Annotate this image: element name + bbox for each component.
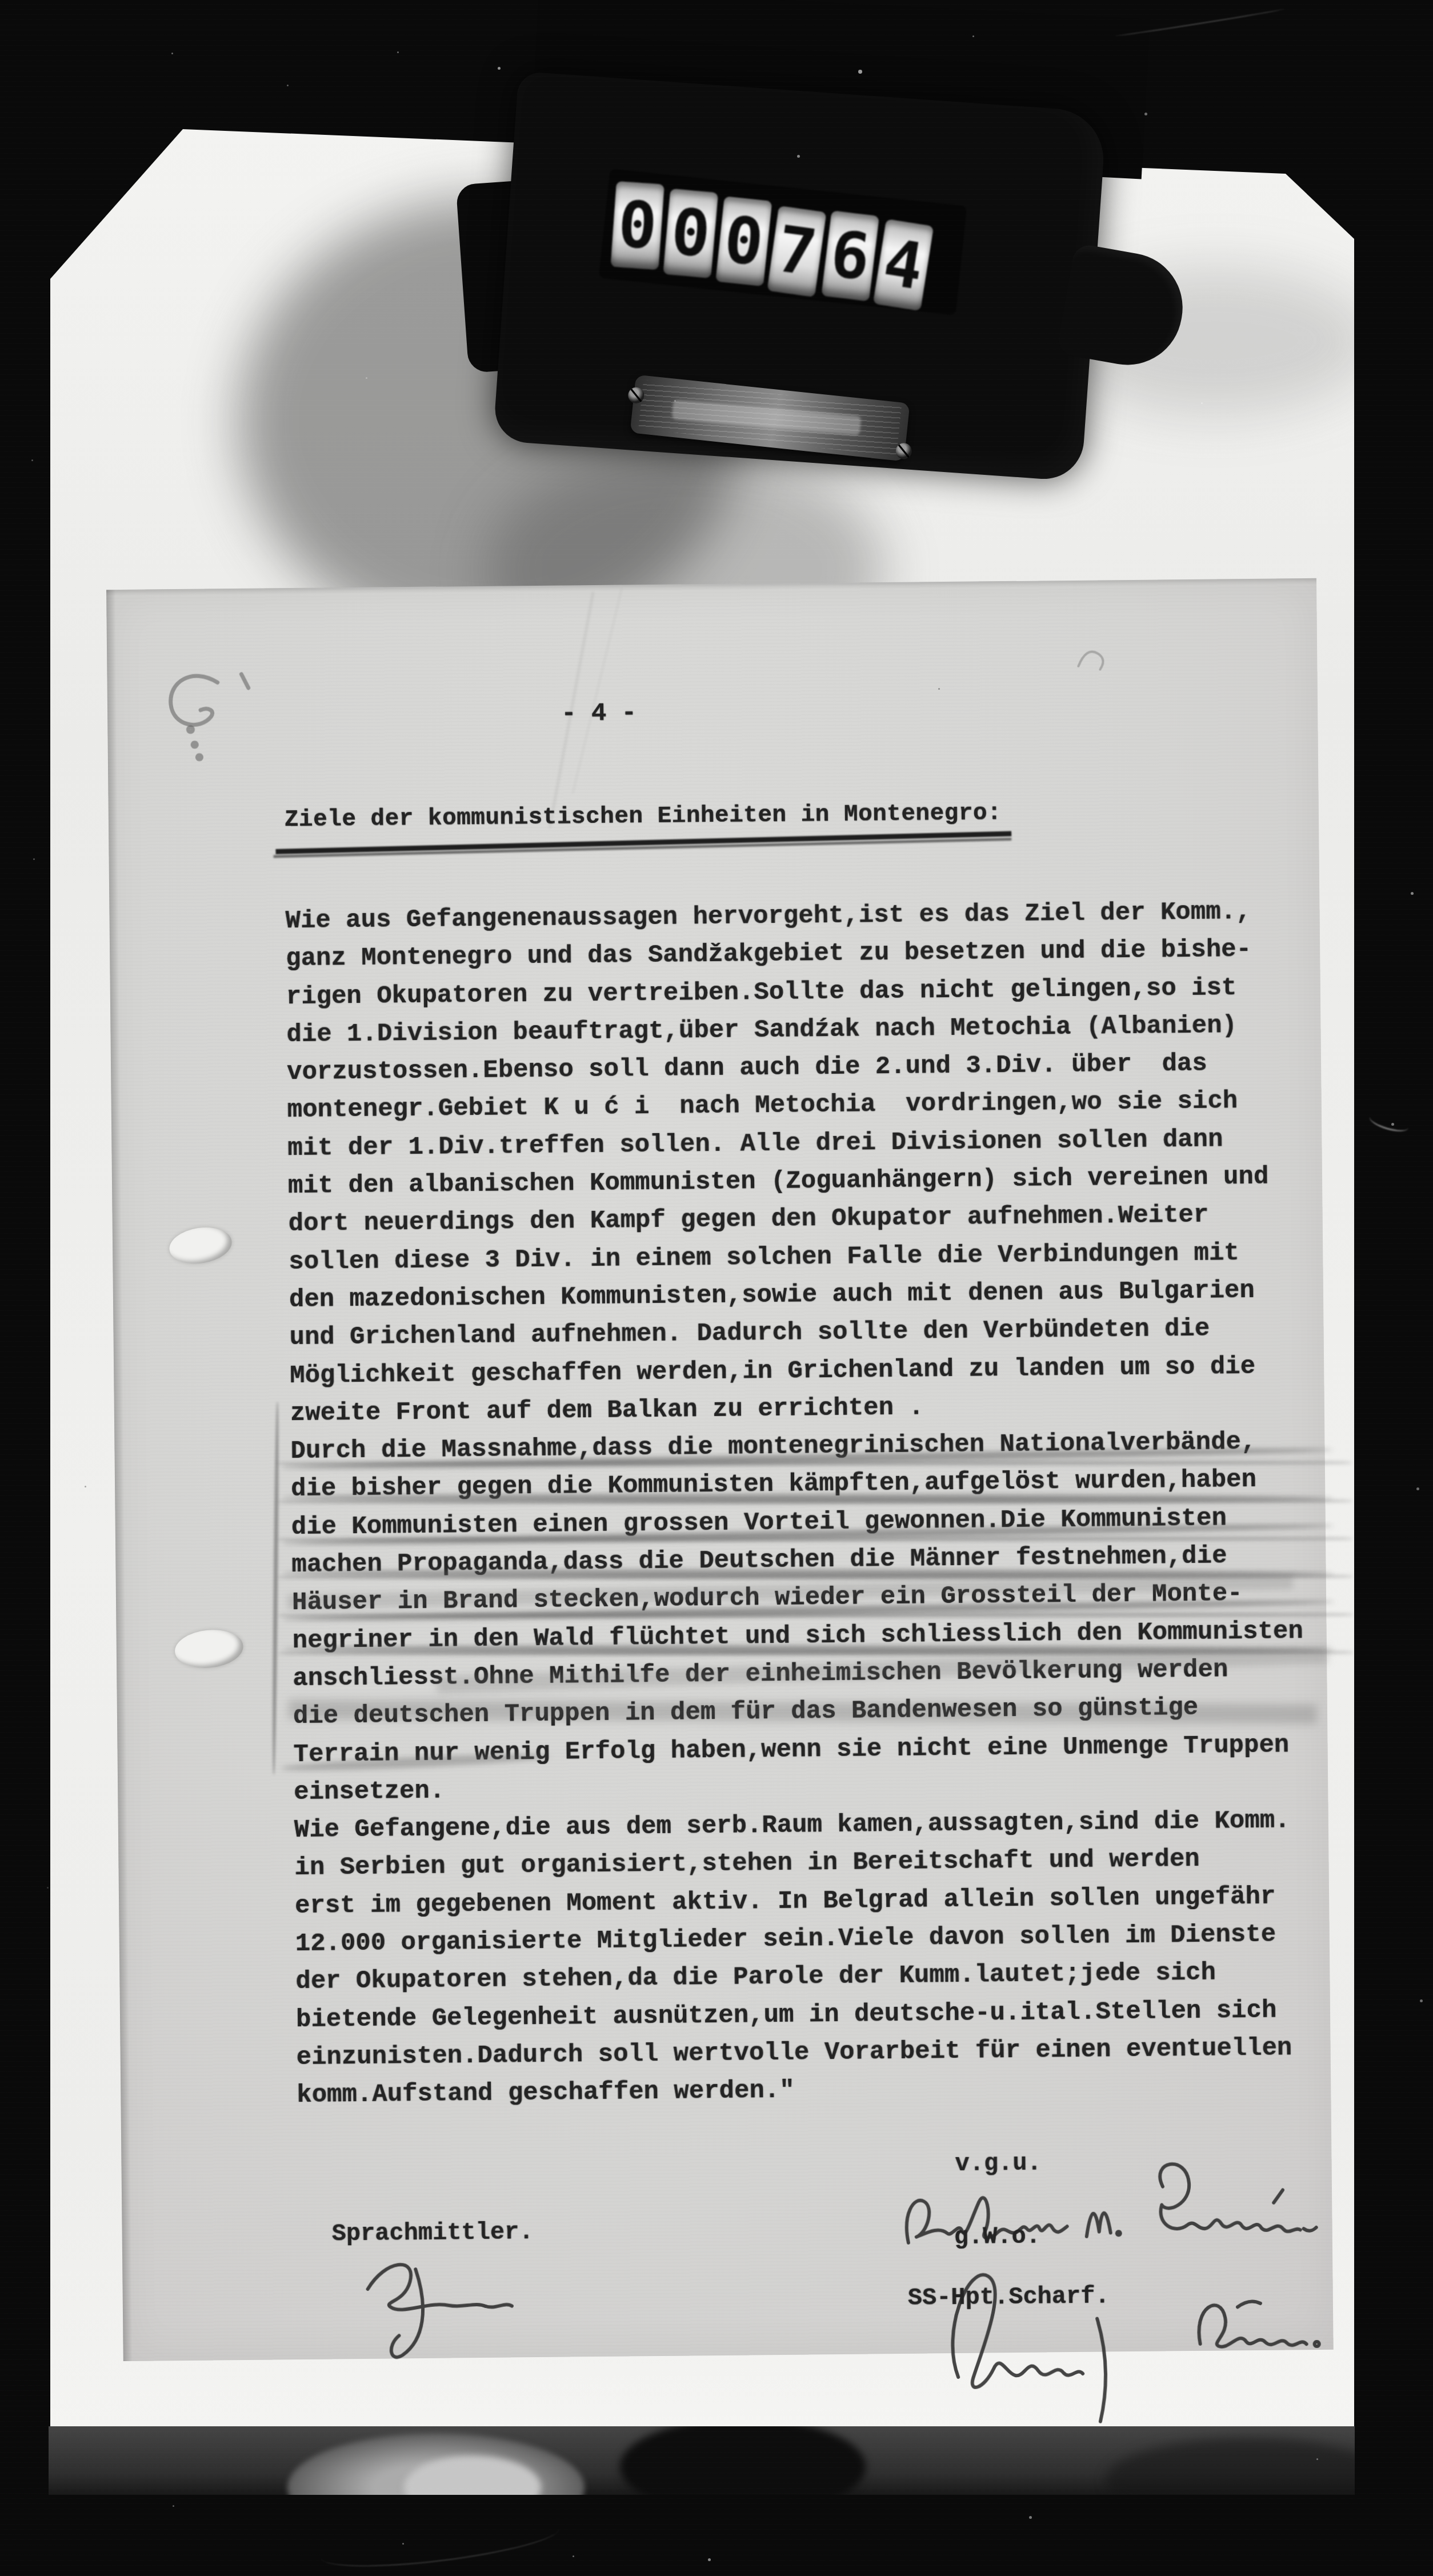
page-number: - 4 - [542,699,656,729]
counter-digit-3: 0 [715,196,772,286]
typed-body: Wie aus Gefangenenaussagen hervorgeht,is… [285,893,1336,2115]
pencil-margin-mark: G [155,664,259,762]
dust-specks [0,0,2,2]
counter-knob [1056,243,1191,374]
microfilm-frame: - 4 - Ziele der kommunistischen Einheite… [0,0,1433,2576]
interpreter-signature [342,2233,538,2366]
counter-digit-6: 4 [873,219,934,311]
crease-squiggle [1074,642,1120,677]
counter-digit-2: 0 [663,189,718,278]
rud-signature: Rud. [902,2230,1350,2429]
film-scratch [1368,1110,1410,1135]
rank-label: SS-Hpt.Scharf. [908,2282,1110,2312]
film-scratch [319,2511,561,2576]
counter-digit-1: 0 [611,181,665,270]
counter-digit-4: 7 [767,206,826,297]
film-shadow-band [49,2426,1355,2495]
counter-digit-5: 6 [821,210,879,301]
band-blob [1106,2438,1355,2495]
document-page: - 4 - Ziele der kommunistischen Einheite… [106,578,1334,2361]
frame-counter-device: 000764 [455,18,1206,542]
band-blob [620,2426,866,2495]
